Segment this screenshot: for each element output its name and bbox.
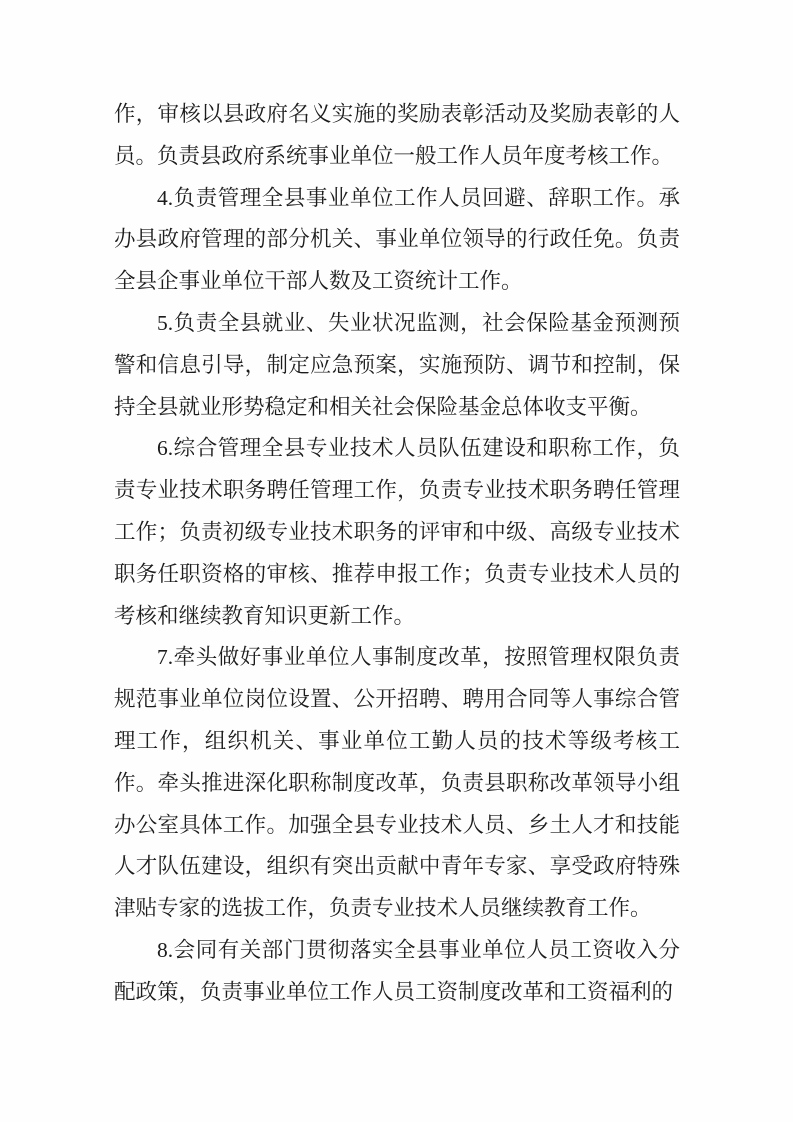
paragraph-item-7: 7.牵头做好事业单位人事制度改革，按照管理权限负责规范事业单位岗位设置、公开招聘… xyxy=(114,637,680,930)
paragraph-item-8: 8.会同有关部门贯彻落实全县事业单位人员工资收入分配政策，负责事业单位工作人员工… xyxy=(114,930,680,1014)
paragraph-item-4: 4.负责管理全县事业单位工作人员回避、辞职工作。承办县政府管理的部分机关、事业单… xyxy=(114,178,680,303)
document-page: 作，审核以县政府名义实施的奖励表彰活动及奖励表彰的人员。负责县政府系统事业单位一… xyxy=(0,0,793,1122)
paragraph-item-6: 6.综合管理全县专业技术人员队伍建设和职称工作，负责专业技术职务聘任管理工作，负… xyxy=(114,428,680,637)
paragraph-continuation: 作，审核以县政府名义实施的奖励表彰活动及奖励表彰的人员。负责县政府系统事业单位一… xyxy=(114,94,680,178)
paragraph-item-5: 5.负责全县就业、失业状况监测，社会保险基金预测预警和信息引导，制定应急预案，实… xyxy=(114,303,680,428)
document-body-text: 作，审核以县政府名义实施的奖励表彰活动及奖励表彰的人员。负责县政府系统事业单位一… xyxy=(114,94,680,1014)
